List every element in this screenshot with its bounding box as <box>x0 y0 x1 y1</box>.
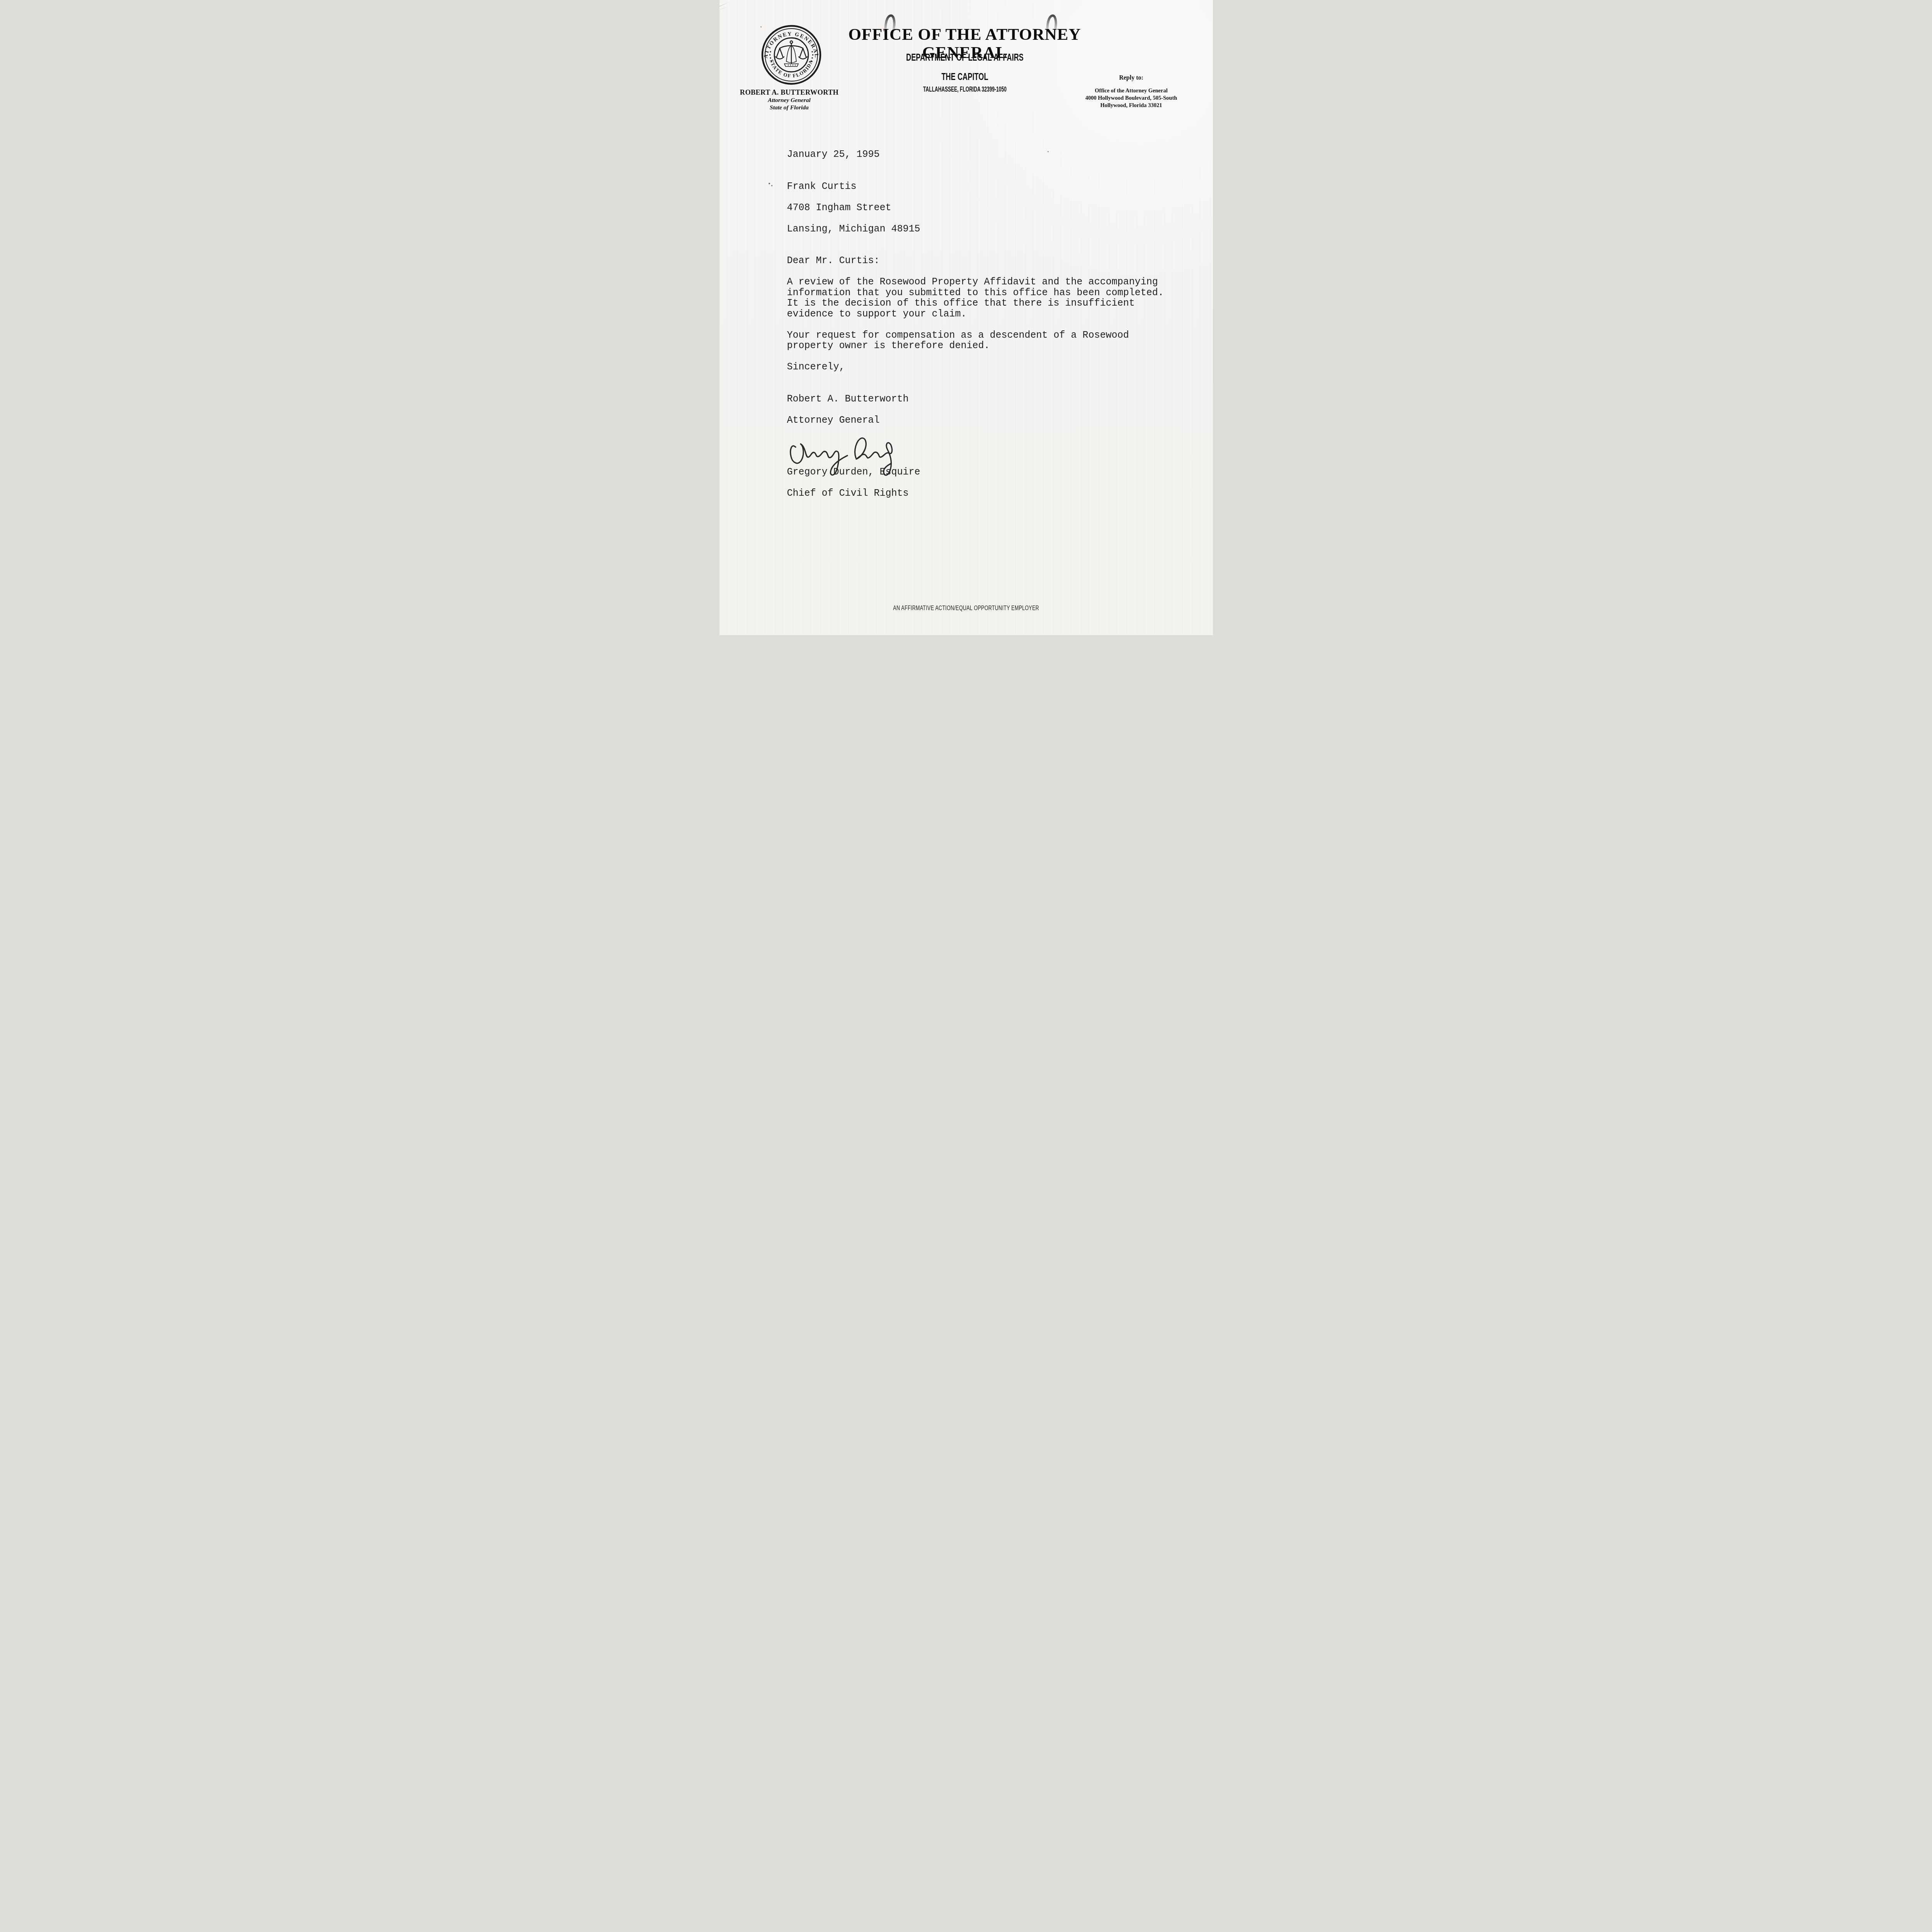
paper-crease-mark <box>719 2 730 7</box>
official-state: State of Florida <box>726 104 853 112</box>
paragraph-1: A review of the Rosewood Property Affida… <box>787 277 1173 319</box>
signed-by-name: Gregory Durden, Esquire <box>787 467 1173 478</box>
signer-typed-block: Robert A. Butterworth Attorney General <box>787 383 1173 436</box>
reply-to-line: Office of the Attorney General <box>1062 87 1201 95</box>
letterhead-department: DEPARTMENT OF LEGAL AFFAIRS <box>858 52 1071 62</box>
recipient-address: Frank Curtis 4708 Ingham Street Lansing,… <box>787 170 1173 245</box>
official-name: ROBERT A. BUTTERWORTH <box>726 88 853 97</box>
recipient-street: 4708 Ingham Street <box>787 202 1173 213</box>
signed-by-block: Gregory Durden, Esquire Chief of Civil R… <box>787 456 1173 510</box>
recipient-name: Frank Curtis <box>787 181 1173 192</box>
signer-typed-title: Attorney General <box>787 415 1173 426</box>
official-title: Attorney General <box>726 97 853 104</box>
scales-of-justice-icon <box>776 41 807 66</box>
signer-typed-name: Robert A. Butterworth <box>787 394 1173 405</box>
salutation: Dear Mr. Curtis: <box>787 255 1173 266</box>
letter-date: January 25, 1995 <box>787 149 1173 160</box>
letterhead-city-line: TALLAHASSEE, FLORIDA 32399-1050 <box>862 86 1067 93</box>
letterhead-building: THE CAPITOL <box>858 71 1071 82</box>
letter-body: January 25, 1995 Frank Curtis 4708 Ingha… <box>787 149 1173 520</box>
scanned-letter-page: ATTORNEY GENERAL STATE OF FLORIDA OFFICE… <box>719 0 1213 635</box>
signed-by-title: Chief of Civil Rights <box>787 488 1173 499</box>
reply-to-line: Hollywood, Florida 33021 <box>1062 102 1201 109</box>
reply-to-block: Reply to: Office of the Attorney General… <box>1062 74 1201 109</box>
recipient-city: Lansing, Michigan 48915 <box>787 224 1173 235</box>
reply-to-label: Reply to: <box>1062 74 1201 82</box>
footer: AN AFFIRMATIVE ACTION/EQUAL OPPORTUNITY … <box>719 605 1213 612</box>
ink-speck <box>769 183 770 184</box>
paper-crease-mark <box>719 7 728 10</box>
official-block: ROBERT A. BUTTERWORTH Attorney General S… <box>726 88 853 111</box>
ink-speck <box>771 185 772 186</box>
paragraph-2: Your request for compensation as a desce… <box>787 330 1173 351</box>
closing: Sincerely, <box>787 362 1173 372</box>
reply-to-line: 4000 Hollywood Boulevard, 505-South <box>1062 95 1201 102</box>
footer-text: AN AFFIRMATIVE ACTION/EQUAL OPPORTUNITY … <box>893 605 1039 612</box>
